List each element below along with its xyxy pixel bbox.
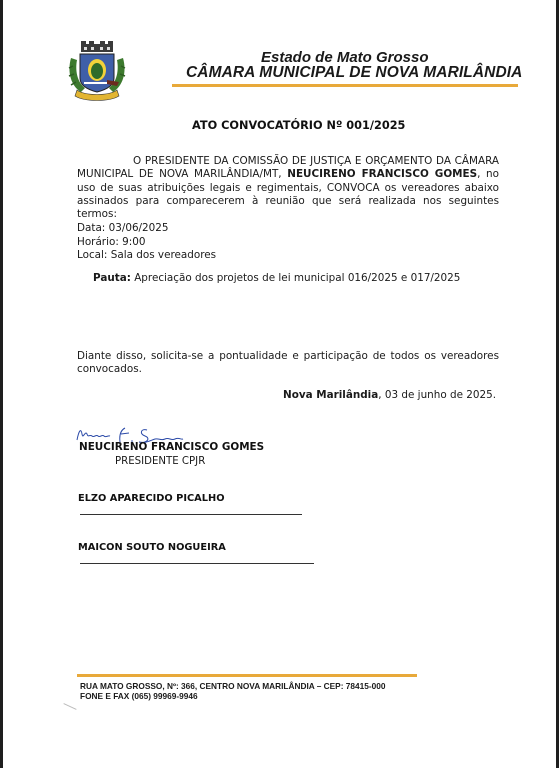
signer-role: PRESIDENTE CPJR bbox=[115, 456, 205, 467]
president-name: NEUCIRENO FRANCISCO GOMES bbox=[287, 168, 477, 180]
date: , 03 de junho de 2025. bbox=[378, 389, 496, 401]
closing-paragraph: Diante disso, solicita-se a pontualidade… bbox=[77, 350, 499, 377]
meeting-date: Data: 03/06/2025 bbox=[77, 222, 216, 236]
place-and-date: Nova Marilândia, 03 de junho de 2025. bbox=[283, 389, 496, 401]
agenda-label: Pauta: bbox=[93, 272, 131, 284]
document-title: ATO CONVOCATÓRIO Nº 001/2025 bbox=[192, 119, 405, 132]
coat-of-arms-icon bbox=[67, 38, 127, 102]
intro-paragraph: O PRESIDENTE DA COMISSÃO DE JUSTIÇA E OR… bbox=[77, 155, 499, 221]
signer-name: NEUCIRENO FRANCISCO GOMES bbox=[79, 441, 264, 453]
header-institution: CÂMARA MUNICIPAL DE NOVA MARILÂNDIA bbox=[186, 64, 522, 82]
agenda-text: Apreciação dos projetos de lei municipal… bbox=[131, 272, 461, 284]
agenda: Pauta: Apreciação dos projetos de lei mu… bbox=[93, 272, 460, 284]
signature-line bbox=[80, 563, 314, 564]
document-page: Estado de Mato Grosso CÂMARA MUNICIPAL D… bbox=[3, 0, 556, 768]
member-name: ELZO APARECIDO PICALHO bbox=[78, 493, 225, 504]
member-name: MAICON SOUTO NOGUEIRA bbox=[78, 542, 226, 553]
meeting-details: Data: 03/06/2025 Horário: 9:00 Local: Sa… bbox=[77, 222, 216, 263]
header-divider bbox=[172, 84, 518, 87]
scan-artifact bbox=[63, 703, 76, 710]
place: Nova Marilândia bbox=[283, 389, 378, 401]
footer-divider bbox=[77, 674, 417, 677]
signature-line bbox=[80, 514, 302, 515]
meeting-location: Local: Sala dos vereadores bbox=[77, 249, 216, 263]
meeting-time: Horário: 9:00 bbox=[77, 236, 216, 250]
footer-address: RUA MATO GROSSO, Nº: 366, CENTRO NOVA MA… bbox=[80, 681, 385, 691]
footer-phone: FONE E FAX (065) 99969-9946 bbox=[80, 691, 198, 701]
